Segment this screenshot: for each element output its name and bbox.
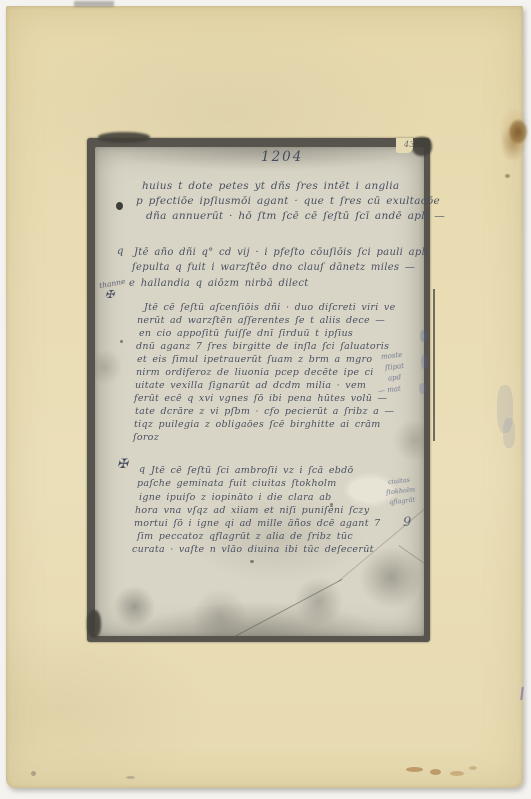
manuscript-text-line: huius t dote petes yt dñs ſres intēt i a… <box>142 180 399 192</box>
manuscript-text-line: dnū aganz 7 ſres birgitte de inſla ſci ſ… <box>136 341 389 352</box>
manuscript-text-line: ferūt ecē q xvi vgnes ſō ibi pena hūtes … <box>134 393 387 404</box>
manuscript-text-line: ſepulta q fuit i warzſtēo dno clauſ dāne… <box>132 262 415 273</box>
ink-bleed-through <box>420 330 427 342</box>
ink-bleed-through <box>503 418 515 448</box>
scan-background: 1204 43 huius t dote petes yt dñs ſres i… <box>0 0 531 799</box>
photo-border-blob <box>412 137 432 156</box>
stain-speck <box>406 767 423 772</box>
ink-bleed-through <box>419 383 426 394</box>
paragraph-mark: q <box>139 464 145 475</box>
purple-ink-tick <box>520 687 524 700</box>
manuscript-text-line: uitate vexilla ſignarūt ad dcdm milia · … <box>135 380 366 391</box>
manuscript-text-line: curata · vaſte n vlāo diuina ibi tūc deſ… <box>132 544 374 555</box>
paragraph-mark: q <box>117 246 124 257</box>
manuscript-text-line: ſoroz <box>133 432 159 443</box>
cross-mark-icon: ✠ <box>105 288 115 301</box>
heading-year: 1204 <box>261 149 303 165</box>
manuscript-text-line: e hallandia q aiōzm nirbā dilect <box>129 278 309 289</box>
stain-speck <box>31 771 36 776</box>
right-margin-note: apd <box>388 373 402 382</box>
manuscript-text-line: igne ipuiſo z iopināto i die clara ab <box>139 492 332 503</box>
vertical-pen-line <box>433 289 435 441</box>
stain-dot <box>505 174 510 178</box>
photo-border-blob <box>98 132 150 143</box>
ink-bleed-through <box>421 355 428 369</box>
manuscript-text-line: p pfectiōe ipſiusmōi agant · que t ſres … <box>136 195 440 207</box>
manuscript-text-line: tate dcrāre z vi pſbm · cfo pecierūt a ſ… <box>135 406 394 417</box>
manuscript-text-line: hora vna vſqz ad xiiam et niſi puniſēni … <box>135 505 369 516</box>
manuscript-text-line: dña annuerūt · hō ſtm ſcē cē ſeſtū ſcī a… <box>146 210 445 222</box>
blank-oval-spot <box>349 478 391 502</box>
manuscript-text-line: Jtē año dñi q° cd vij · i pfeſto cōuſiōi… <box>134 247 429 258</box>
stain-speck <box>430 769 441 775</box>
manuscript-text-line: ſim peccatoz qflagrūt z alia de ſribz tū… <box>137 531 353 542</box>
manuscript-text-line: Jtē cē ſeſtū aſcenſiōis dñi · duo diſcre… <box>144 302 396 313</box>
grey-dash <box>126 776 135 779</box>
manuscript-text-line: mortui ſō i igne qi ad mille āños dcē ag… <box>134 518 380 529</box>
brown-stain <box>491 102 531 168</box>
margin-symbol: 9 <box>403 515 412 530</box>
stain-speck <box>450 771 464 776</box>
manuscript-text-line: Jtē cē ſeſtū ſci ambroſii vz i ſcā ebdō <box>151 465 354 476</box>
photo-border-blob <box>87 610 101 638</box>
stain-speck <box>469 766 477 770</box>
manuscript-text-line: en cio appoſitū fuiſſe dnī ſirduū t ipſi… <box>139 328 353 339</box>
manuscript-text-line: nirm ordiferoz de liuonia pcep decēte ip… <box>136 367 374 378</box>
manuscript-text-line: tiqz puilegia z obligaōes ſcē birghitte … <box>134 419 381 430</box>
ink-dot <box>116 202 123 210</box>
cross-mark-icon: ✠ <box>117 457 128 472</box>
edge-smudge <box>74 1 114 7</box>
manuscript-text-line: nerūt ad warzſtēn aſſerentes ſe t aliis … <box>137 315 385 326</box>
manuscript-text-line: et eis ſimul ipetrauerūt ſuam z brm a mg… <box>137 354 372 365</box>
speck <box>250 560 254 563</box>
manuscript-text-line: paſche geminata fuit ciuitas ſtokholm <box>137 478 337 489</box>
speck <box>120 340 123 343</box>
folio-number: 43 <box>404 140 415 149</box>
